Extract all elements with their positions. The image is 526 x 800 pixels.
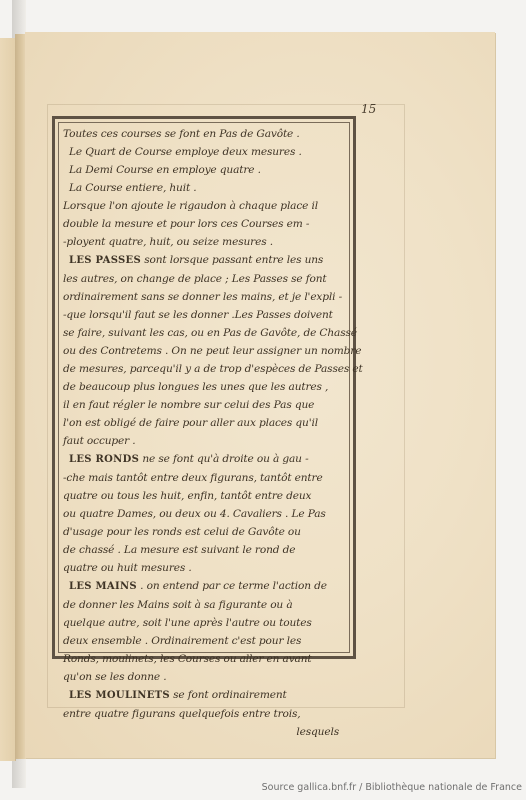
scanned-page: 15 Toutes ces courses se font en Pas de … <box>25 32 495 758</box>
line-text: La Course entiere, huit . <box>69 182 197 194</box>
line-text: ne se font qu'à droite ou à gau - <box>139 453 308 465</box>
text-line: faut occuper . <box>63 432 343 450</box>
line-text: les autres, on change de place ; Les Pas… <box>63 273 326 285</box>
section-heading: LES MOULINETS <box>69 690 170 701</box>
text-line: -que lorsqu'il faut se les donner .Les P… <box>63 306 343 324</box>
text-line: LES PASSES sont lorsque passant entre le… <box>63 251 343 270</box>
line-text: sont lorsque passant entre les uns <box>141 254 323 266</box>
text-line: La Course entiere, huit . <box>63 179 343 197</box>
text-line: LES RONDS ne se font qu'à droite ou à ga… <box>63 450 343 469</box>
line-text: quatre ou huit mesures . <box>63 562 192 574</box>
section-heading: LES RONDS <box>69 454 139 465</box>
line-text: entre quatre figurans quelquefois entre … <box>63 708 301 720</box>
text-line: La Demi Course en employe quatre . <box>63 161 343 179</box>
text-line: quatre ou huit mesures . <box>63 559 343 577</box>
text-line: ordinairement sans se donner les mains, … <box>63 288 343 306</box>
text-line: Ronds, moulinets, les Courses ou aller e… <box>63 650 343 668</box>
line-text: Le Quart de Course employe deux mesures … <box>69 146 302 158</box>
text-line: de mesures, parcequ'il y a de trop d'esp… <box>63 360 343 378</box>
line-text: se faire, suivant les cas, ou en Pas de … <box>63 327 357 339</box>
text-line: quatre ou tous les huit, enfin, tantôt e… <box>63 487 343 505</box>
text-line: -ployent quatre, huit, ou seize mesures … <box>63 233 343 251</box>
text-line: ou quatre Dames, ou deux ou 4. Cavaliers… <box>63 505 343 523</box>
document-viewer: 15 Toutes ces courses se font en Pas de … <box>0 0 526 800</box>
line-text: Ronds, moulinets, les Courses ou aller e… <box>63 653 311 665</box>
line-text: il en faut régler le nombre sur celui de… <box>63 399 314 411</box>
text-line: Toutes ces courses se font en Pas de Gav… <box>63 125 343 143</box>
line-text: quatre ou tous les huit, enfin, tantôt e… <box>63 490 311 502</box>
text-line: se faire, suivant les cas, ou en Pas de … <box>63 324 343 342</box>
text-frame: Toutes ces courses se font en Pas de Gav… <box>52 116 356 659</box>
line-text: La Demi Course en employe quatre . <box>69 164 261 176</box>
page-number: 15 <box>361 102 376 116</box>
section-heading: LES PASSES <box>69 255 141 266</box>
text-block: Toutes ces courses se font en Pas de Gav… <box>58 122 350 653</box>
line-text: . on entend par ce terme l'action de <box>137 580 327 592</box>
text-line: deux ensemble . Ordinairement c'est pour… <box>63 632 343 650</box>
text-line: Le Quart de Course employe deux mesures … <box>63 143 343 161</box>
text-line: quelque autre, soit l'une après l'autre … <box>63 614 343 632</box>
line-text: -che mais tantôt entre deux figurans, ta… <box>63 472 323 484</box>
text-line: l'on est obligé de faire pour aller aux … <box>63 414 343 432</box>
line-text: l'on est obligé de faire pour aller aux … <box>63 417 318 429</box>
text-line: les autres, on change de place ; Les Pas… <box>63 270 343 288</box>
text-line: ou des Contretems . On ne peut leur assi… <box>63 342 343 360</box>
text-line: entre quatre figurans quelquefois entre … <box>63 705 343 723</box>
text-line: LES MOULINETS se font ordinairement <box>63 686 343 705</box>
line-text: Lorsque l'on ajoute le rigaudon à chaque… <box>63 200 318 212</box>
text-line: -che mais tantôt entre deux figurans, ta… <box>63 469 343 487</box>
line-text: Toutes ces courses se font en Pas de Gav… <box>63 128 300 140</box>
line-text: lesquels <box>296 726 339 738</box>
line-text: de mesures, parcequ'il y a de trop d'esp… <box>63 363 363 375</box>
line-text: se font ordinairement <box>170 689 287 701</box>
line-text: quelque autre, soit l'une après l'autre … <box>63 617 312 629</box>
text-line: Lorsque l'on ajoute le rigaudon à chaque… <box>63 197 343 215</box>
line-text: de beaucoup plus longues les unes que le… <box>63 381 328 393</box>
line-text: deux ensemble . Ordinairement c'est pour… <box>63 635 301 647</box>
line-text: faut occuper . <box>63 435 136 447</box>
line-text: d'usage pour les ronds est celui de Gavô… <box>63 526 301 538</box>
text-line: d'usage pour les ronds est celui de Gavô… <box>63 523 343 541</box>
line-text: -ployent quatre, huit, ou seize mesures … <box>63 236 273 248</box>
line-text: ou quatre Dames, ou deux ou 4. Cavaliers… <box>63 508 326 520</box>
text-line: de donner les Mains soit à sa figurante … <box>63 596 343 614</box>
source-attribution: Source gallica.bnf.fr / Bibliothèque nat… <box>262 782 522 793</box>
text-line: il en faut régler le nombre sur celui de… <box>63 396 343 414</box>
line-text: de chassé . La mesure est suivant le ron… <box>63 544 295 556</box>
line-text: de donner les Mains soit à sa figurante … <box>63 599 293 611</box>
line-text: ordinairement sans se donner les mains, … <box>63 291 342 303</box>
text-line: double la mesure et pour lors ces Course… <box>63 215 343 233</box>
line-text: -que lorsqu'il faut se les donner .Les P… <box>63 309 333 321</box>
text-line: de beaucoup plus longues les unes que le… <box>63 378 343 396</box>
line-text: qu'on se les donne . <box>63 671 166 683</box>
section-heading: LES MAINS <box>69 581 137 592</box>
text-line: LES MAINS . on entend par ce terme l'act… <box>63 577 343 596</box>
text-line: qu'on se les donne . <box>63 668 343 686</box>
text-line: lesquels <box>63 723 343 741</box>
left-page-edge <box>0 38 16 761</box>
line-text: double la mesure et pour lors ces Course… <box>63 218 309 230</box>
text-line: de chassé . La mesure est suivant le ron… <box>63 541 343 559</box>
line-text: ou des Contretems . On ne peut leur assi… <box>63 345 361 357</box>
